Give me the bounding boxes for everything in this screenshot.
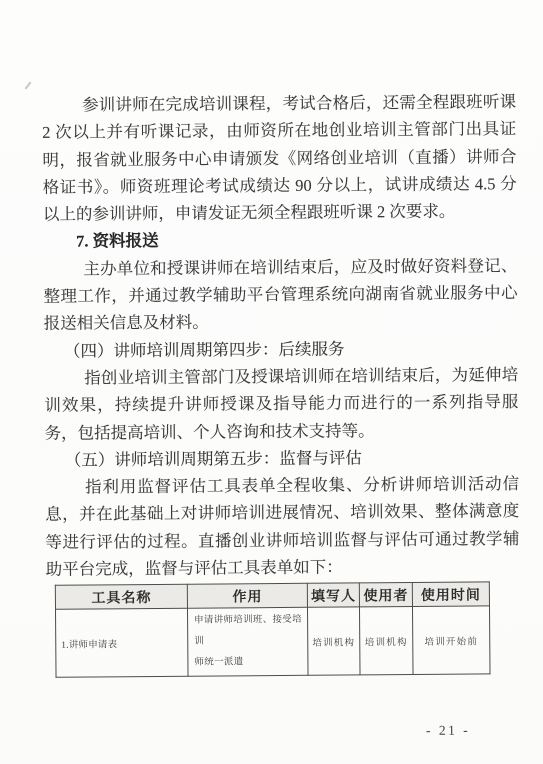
heading-step-5-supervision-evaluation: （五）讲师培训周期第五步：监督与评估	[45, 443, 519, 474]
heading-step-4-follow-up-service: （四）讲师培训周期第四步：后续服务	[44, 334, 518, 365]
heading-section-7-data-submission: 7. 资料报送	[43, 225, 517, 256]
table-row: 1.讲师申请表 申请讲师培训班、接受培训 师统一派遣 培训机构 培训机构 培训开…	[56, 606, 491, 677]
cell-usage-time: 培训开始前	[412, 606, 490, 675]
page-number: - 21 -	[426, 723, 470, 739]
cell-filler: 培训机构	[307, 607, 360, 675]
cell-purpose: 申请讲师培训班、接受培训 师统一派遣	[187, 608, 308, 677]
column-header-filler: 填写人	[307, 583, 359, 607]
column-header-tool-name: 工具名称	[55, 585, 187, 610]
cell-tool-name: 1.讲师申请表	[56, 609, 189, 678]
paragraph-supervision-evaluation: 指利用监督评估工具表单全程收集、分析讲师培训活动信息，并在此基础上对讲师培训进展…	[45, 470, 520, 583]
column-header-user: 使用者	[359, 583, 412, 607]
page-content: 参训讲师在完成培训课程，考试合格后，还需全程跟班听课 2 次以上并有听课记录，由…	[42, 88, 521, 678]
paragraph-follow-up-service: 指创业培训主管部门及授课培训师在培训结束后，为延伸培训效果，持续提升讲师授课及指…	[44, 361, 519, 447]
evaluation-tools-table: 工具名称 作用 填写人 使用者 使用时间 1.讲师申请表 申请讲师培训班、接受培…	[55, 582, 491, 678]
column-header-purpose: 作用	[187, 584, 307, 609]
cell-user: 培训机构	[359, 607, 413, 675]
paragraph-data-submission: 主办单位和授课讲师在培训结束后，应及时做好资料登记、整理工作，并通过教学辅助平台…	[43, 252, 518, 338]
column-header-usage-time: 使用时间	[412, 582, 489, 607]
cell-purpose-line-2: 师统一派遣	[194, 652, 303, 674]
scanned-document-page: 参训讲师在完成培训课程，考试合格后，还需全程跟班听课 2 次以上并有听课记录，由…	[0, 0, 543, 764]
scan-artifact-mark	[24, 81, 31, 89]
table-header-row: 工具名称 作用 填写人 使用者 使用时间	[55, 582, 489, 609]
cell-purpose-line-1: 申请讲师培训班、接受培训	[194, 610, 303, 653]
paragraph-certificate-requirements: 参训讲师在完成培训课程，考试合格后，还需全程跟班听课 2 次以上并有听课记录，由…	[42, 88, 517, 228]
